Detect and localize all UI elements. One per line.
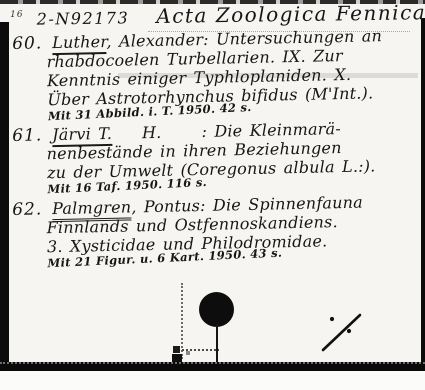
entry-body: Järvi T.H.: Die Kleinmarä- nenbestände i… [46,117,424,197]
entry-number: 61. [12,125,42,146]
entry-body: Luther, Alexander: Untersuchungen an rha… [46,25,425,124]
author-initial: H. [142,123,162,142]
accession-number: 2-N92173 [37,8,130,28]
punch-hole-dot [199,292,234,327]
registration-dotted-line-horizontal [175,349,219,351]
entry-number: 60. [12,33,42,54]
scan-edge-left [0,22,9,365]
ink-blot [173,346,180,353]
entry-61: 61. Järvi T.H.: Die Kleinmarä- nenbestän… [10,117,424,198]
series-title: Acta Zoologica Fennica [156,0,425,28]
card-header: 16 2-N92173 Acta Zoologica Fennica [10,0,418,30]
scan-background [0,371,425,390]
entry-60: 60. Luther, Alexander: Untersuchungen an… [10,25,425,125]
entry-body: Palmgren, Pontus: Die Spinnenfauna Finnl… [46,191,424,271]
entry-62: 62. Palmgren, Pontus: Die Spinnenfauna F… [10,191,424,272]
scan-edge-bottom [0,362,425,371]
corner-mark: 16 [10,10,24,20]
ink-blot [172,354,182,362]
catalog-card-scan: 16 2-N92173 Acta Zoologica Fennica 60. L… [0,0,425,390]
registration-dotted-line-vertical [181,283,183,359]
handwritten-slash-mark [315,308,365,356]
entry-number: 62. [12,199,42,220]
punch-hole-stem-line [216,324,218,363]
ink-blot [186,351,190,355]
